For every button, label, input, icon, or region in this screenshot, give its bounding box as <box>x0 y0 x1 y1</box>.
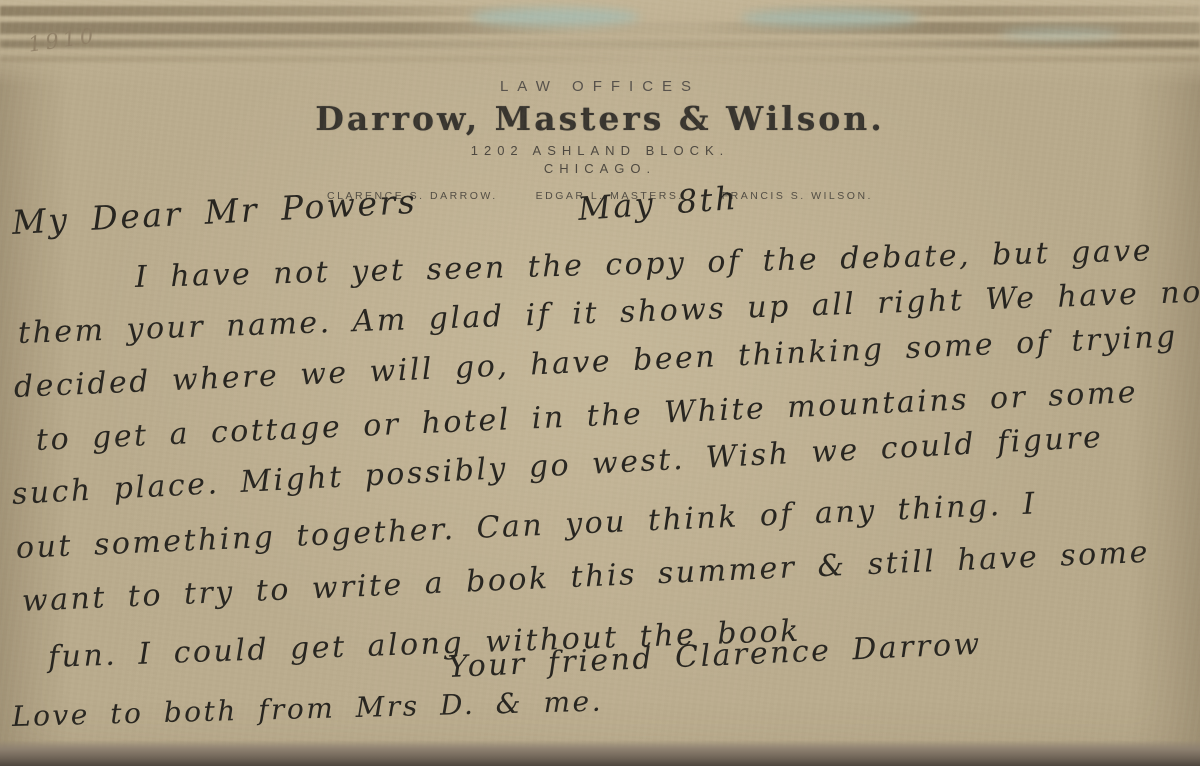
bottom-page-edge <box>0 740 1200 766</box>
postscript: Love to both from Mrs D. & me. <box>12 685 604 733</box>
crease-line <box>0 6 1200 16</box>
letterhead: LAW OFFICES Darrow, Masters & Wilson. 12… <box>0 78 1200 202</box>
crease-line <box>0 56 1200 62</box>
scanned-letter-page: 1910 LAW OFFICES Darrow, Masters & Wilso… <box>0 0 1200 766</box>
crease-line <box>0 22 1200 34</box>
firm-name: Darrow, Masters & Wilson. <box>0 99 1200 138</box>
city-label: CHICAGO. <box>0 161 1200 176</box>
crease-line <box>0 40 1200 48</box>
top-fold-area <box>0 0 1200 86</box>
partner-name: FRANCIS S. WILSON. <box>722 190 873 202</box>
office-label: LAW OFFICES <box>0 78 1200 95</box>
teal-tint-patch <box>1000 28 1120 40</box>
street-address: 1202 ASHLAND BLOCK. <box>0 143 1200 158</box>
teal-tint-patch <box>740 10 920 26</box>
teal-tint-patch <box>470 8 640 26</box>
